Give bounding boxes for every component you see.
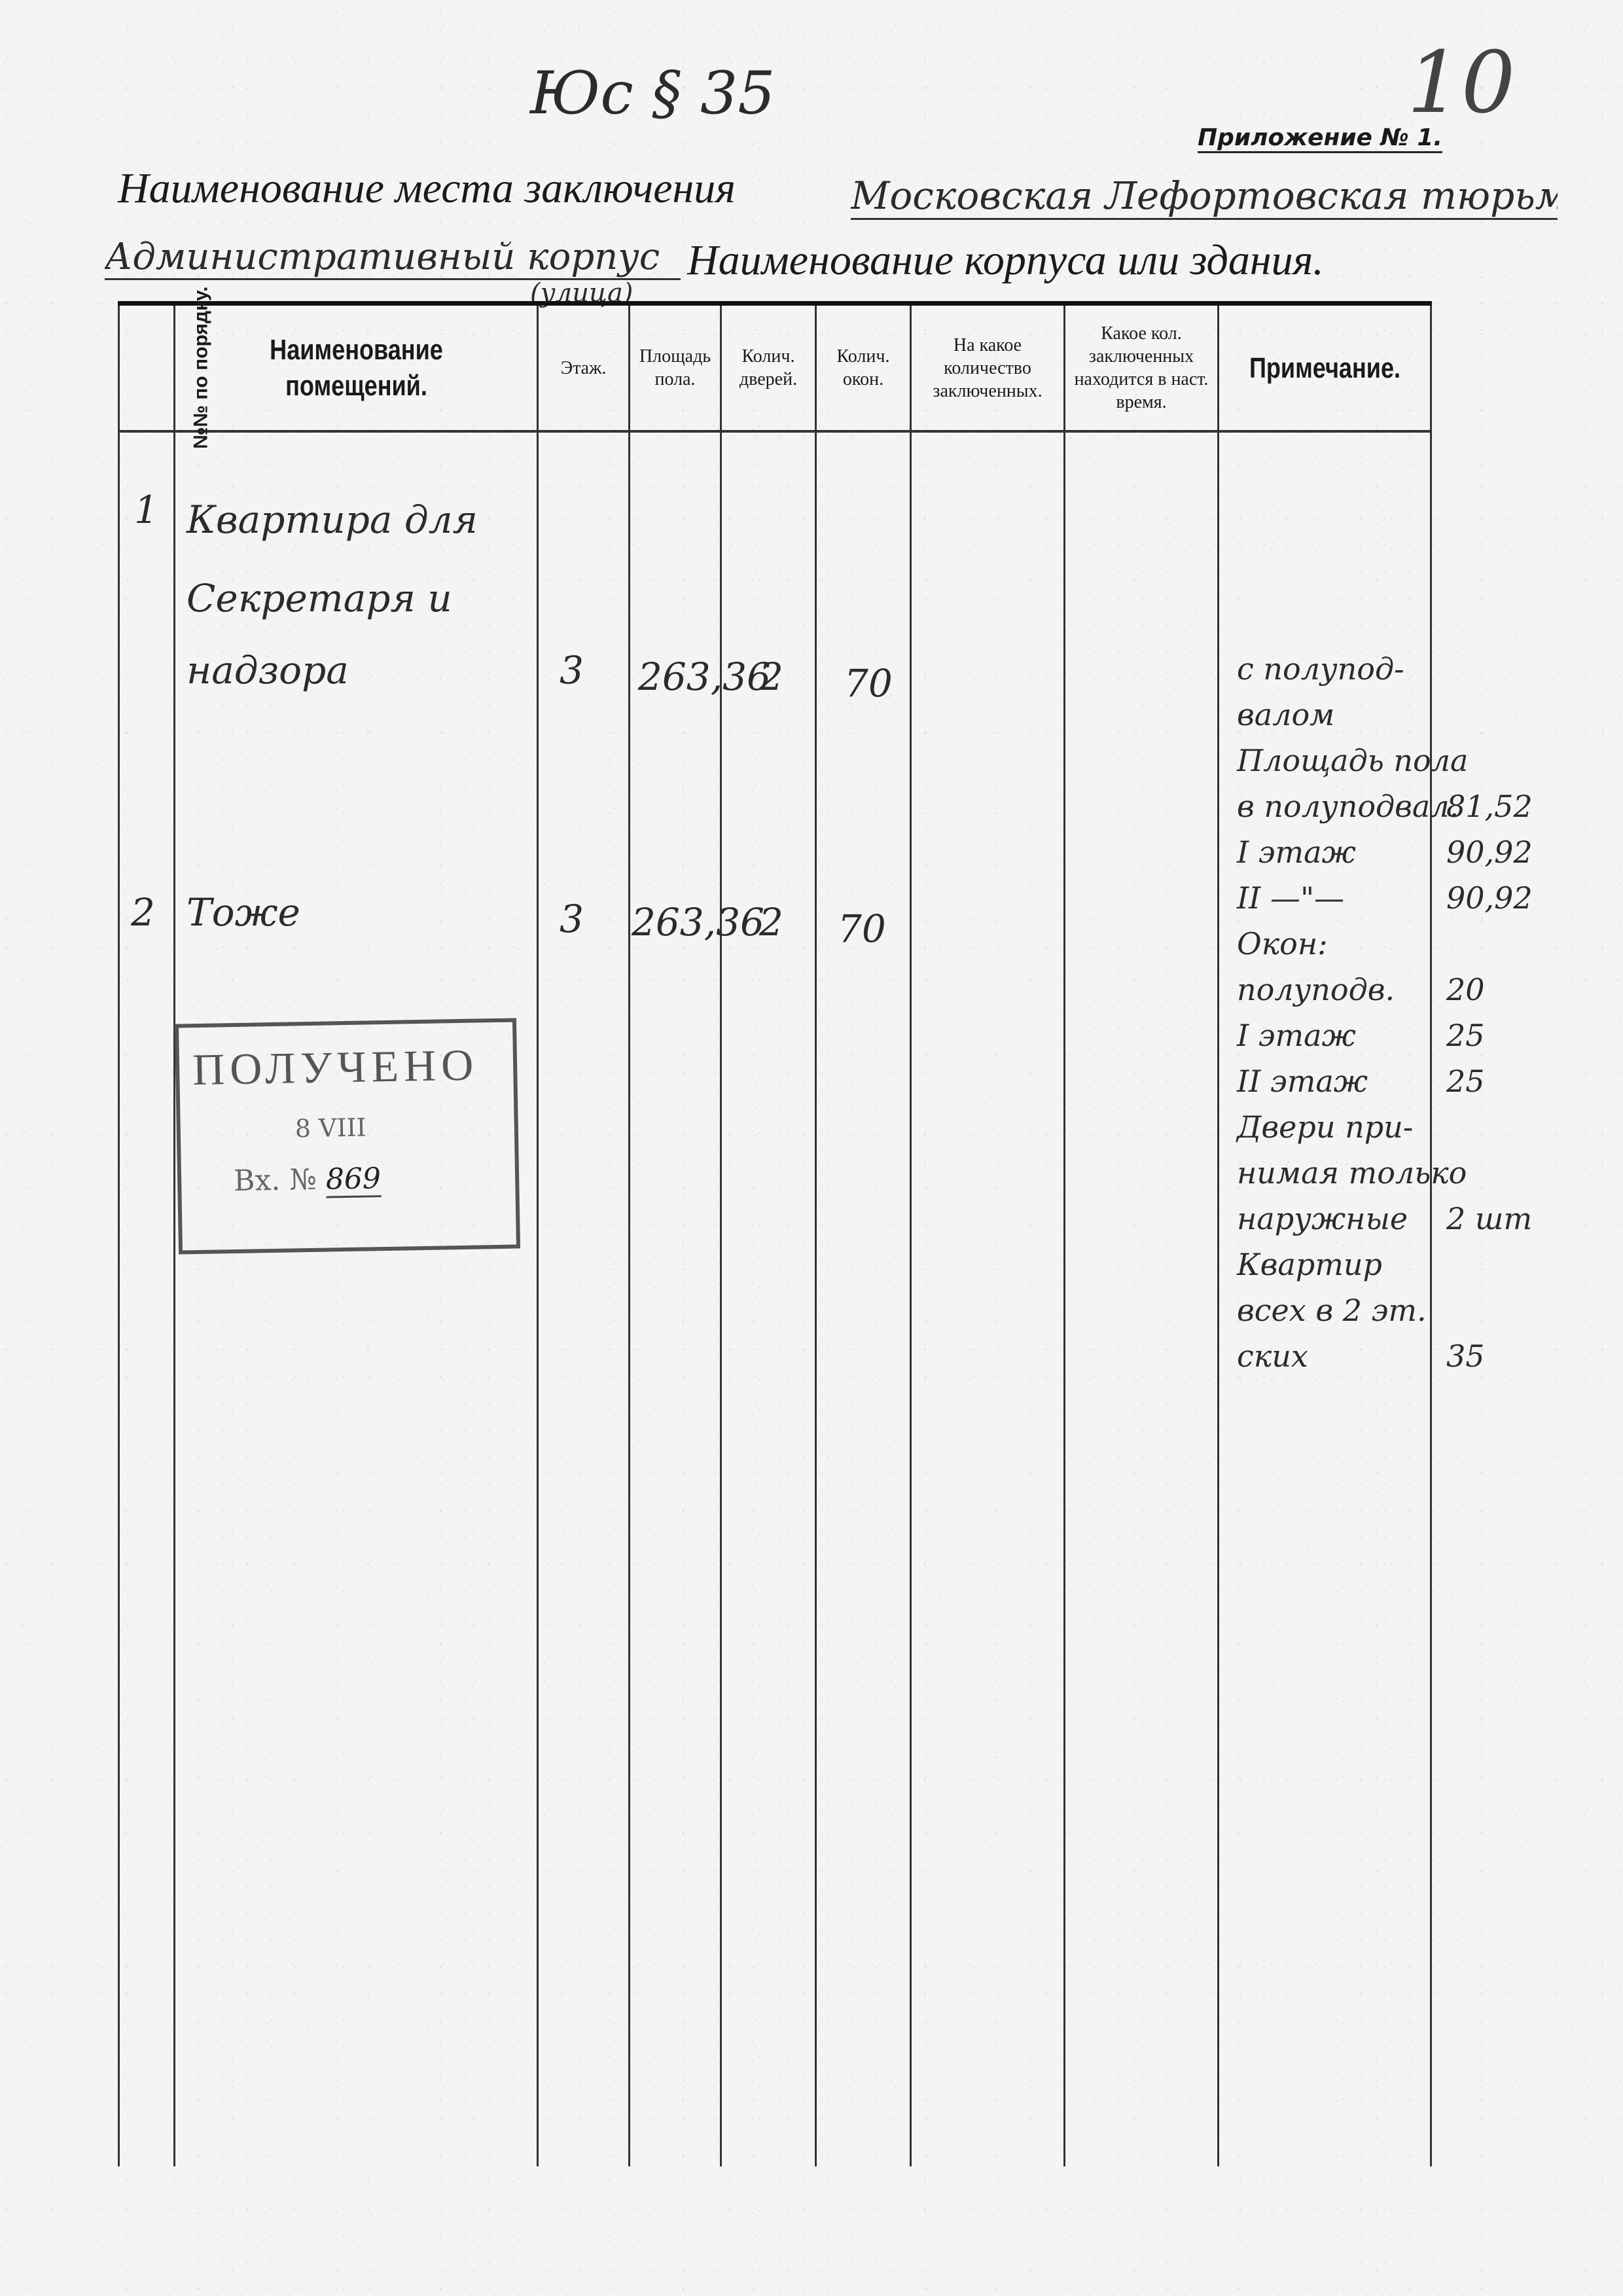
note-line: с полупод-	[1237, 651, 1404, 687]
note-line: ских	[1237, 1338, 1308, 1374]
note-line: наружные	[1237, 1201, 1408, 1236]
note-value: 25	[1446, 1018, 1485, 1053]
row-1-floor: 3	[560, 648, 584, 692]
received-stamp: ПОЛУЧЕНО 8 VIII Вх. № 869	[175, 1018, 520, 1254]
note-line: в полуподвал.	[1237, 789, 1459, 824]
note-line: полуподв.	[1237, 972, 1395, 1007]
place-label: Наименование места заключения	[118, 164, 736, 213]
note-line: нимая только	[1237, 1155, 1467, 1191]
note-value: 2 шт	[1446, 1201, 1532, 1236]
note-value: 90,92	[1446, 880, 1533, 916]
page-number: 10	[1407, 33, 1515, 132]
note-value: 20	[1446, 972, 1485, 1007]
place-value: Московская Лефортовская тюрьма	[851, 173, 1558, 220]
col-notes: Примечание.	[1238, 304, 1412, 432]
note-line: всех в 2 эт.	[1237, 1293, 1427, 1328]
col-windows: Колич. окон.	[816, 304, 911, 432]
note-line: валом	[1237, 697, 1334, 732]
note-value: 81,52	[1446, 789, 1533, 824]
row-1-name-line2: Секретаря и	[187, 576, 452, 620]
note-line: I этаж	[1237, 834, 1356, 870]
row-1-number: 1	[134, 488, 158, 532]
row-2-doors: 2	[759, 900, 783, 944]
appendix-label: Приложение № 1.	[1198, 124, 1442, 153]
col-doors: Колич. дверей.	[721, 304, 816, 432]
note-value: 25	[1446, 1064, 1485, 1099]
corpus-label: Наименование корпуса или здания.	[687, 236, 1324, 285]
place-value-line2: Административный корпус	[105, 236, 681, 280]
row-2-floor: 3	[560, 897, 584, 941]
row-1-name-line1: Квартира для	[187, 497, 478, 542]
row-1-windows: 70	[844, 661, 893, 706]
stamp-title: ПОЛУЧЕНО	[192, 1039, 479, 1096]
note-line: II этаж	[1237, 1064, 1368, 1099]
note-line: I этаж	[1237, 1018, 1356, 1053]
row-2-area: 263,36	[632, 900, 764, 944]
col-floor: Этаж.	[538, 304, 630, 432]
archive-mark: Юс § 35	[530, 59, 776, 128]
note-line: Окон:	[1237, 926, 1328, 961]
note-line: Квартир	[1237, 1247, 1382, 1282]
stamp-date: 8 VIII	[294, 1113, 366, 1143]
col-current: Какое кол. заключенных находится в наст.…	[1065, 304, 1219, 432]
row-2-number: 2	[131, 890, 155, 935]
note-value: 35	[1446, 1338, 1485, 1374]
col-area: Площадь пола.	[630, 304, 721, 432]
row-2-windows: 70	[838, 906, 886, 951]
note-value: 90,92	[1446, 834, 1533, 870]
col-capacity: На какое количество заключенных.	[911, 304, 1065, 432]
row-1-area: 263,36	[638, 655, 771, 699]
row-2-name: Тоже	[187, 890, 300, 935]
col-name: Наименование помещений.	[207, 304, 505, 432]
note-line: II —"—	[1237, 880, 1344, 916]
stamp-number: Вх. № 869	[234, 1162, 382, 1198]
note-line: Площадь пола	[1237, 743, 1468, 778]
row-1-name-line3: надзора	[187, 648, 349, 692]
note-line: Двери при-	[1237, 1109, 1413, 1145]
row-1-doors: 2	[759, 655, 783, 699]
col-number: №№ по порядку.	[119, 304, 175, 432]
